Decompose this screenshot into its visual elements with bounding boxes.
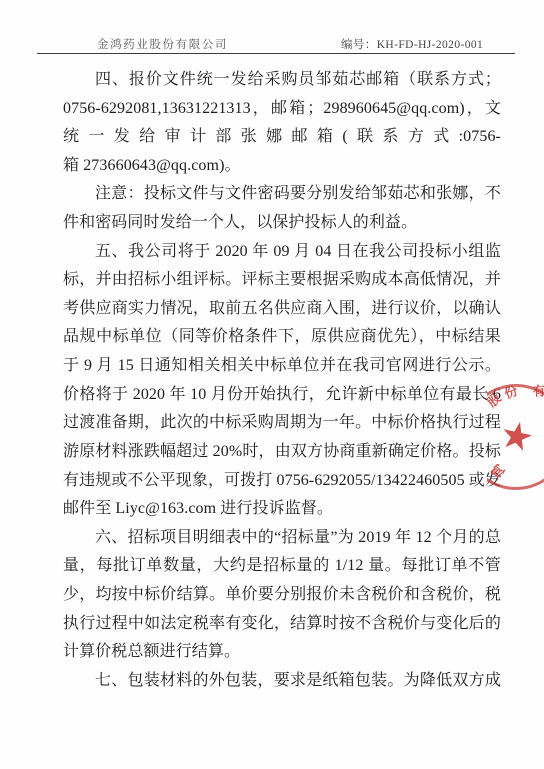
text-line: 标，并由招标小组评标。评标主要根据采购成本高低情况，并同时参: [63, 266, 501, 295]
text-line: 少，均按中标价结算。单价要分别报价未含税价和含税价，税率 13%。: [63, 581, 501, 610]
seal-character: 有: [532, 384, 544, 397]
seal-character: 份: [503, 384, 520, 401]
document-page: 金鸿药业股份有限公司 编号：KH-FD-HJ-2020-001 四、报价文件统一…: [0, 0, 544, 769]
text-line: 0756-6292081,13631221313，邮箱；298960645@qq…: [63, 95, 501, 124]
text-line: 六、招标项目明细表中的“招标量”为 2019 年 12 个月的总采购: [63, 524, 501, 553]
document-number: 编号：KH-FD-HJ-2020-001: [341, 36, 483, 52]
text-line: 游原材料涨跌幅超过 20%时，由双方协商重新确定价格。投标过程如: [63, 438, 501, 467]
text-line: 五、我公司将于 2020 年 09 月 04 日在我公司投标小组监督下开: [63, 238, 501, 267]
text-line: 品规中标单位（同等价格条件下，原供应商优先），中标结果我司会: [63, 323, 501, 352]
header-rule: [37, 53, 515, 54]
text-line: 执行过程中如法定税率有变化，结算时按不含税价与变化后的新税率: [63, 610, 501, 639]
text-line: 有违规或不公平现象，可拨打 0756-6292055/13422460505 或…: [63, 467, 501, 496]
text-line: 件和密码同时发给一个人，以保护投标人的利益。: [63, 209, 501, 238]
text-line: 统一发给审计部张娜邮箱(联系方式:0756-6320090,1599267732…: [63, 123, 501, 152]
document-body: 四、报价文件统一发给采购员邹茹芯邮箱（联系方式； 0756-6292081,13…: [63, 66, 501, 695]
text-line: 于 9 月 15 日通知相关相关中标单位并在我司官网进行公示。新中标: [63, 352, 501, 381]
seal-star-icon: ★: [496, 414, 537, 458]
text-line: 价格将于 2020 年 10 月份开始执行，允许新中标单位有最长 6 个月的: [63, 381, 501, 410]
text-line: 七、包装材料的外包装，要求是纸箱包装。为降低双方成本，我: [63, 667, 501, 696]
text-line: 邮件至 Liyc@163.com 进行投诉监督。: [63, 495, 501, 524]
text-line: 四、报价文件统一发给采购员邹茹芯邮箱（联系方式；: [63, 66, 501, 95]
text-line: 注意：投标文件与文件密码要分别发给邹茹芯和张娜，不要把文: [63, 180, 501, 209]
text-line: 计算价税总额进行结算。: [63, 638, 501, 667]
text-line: 量，每批订单数量，大约是招标量的 1/12 量。每批订单不管数量多: [63, 552, 501, 581]
text-line: 考供应商实力情况，取前五名供应商入围，进行议价，以确认各品种: [63, 295, 501, 324]
text-line: 箱 273660643@qq.com)。: [63, 152, 501, 181]
company-name: 金鸿药业股份有限公司: [97, 36, 228, 52]
text-line: 过渡准备期，此次的中标采购周期为一年。中标价格执行过程中，上: [63, 409, 501, 438]
